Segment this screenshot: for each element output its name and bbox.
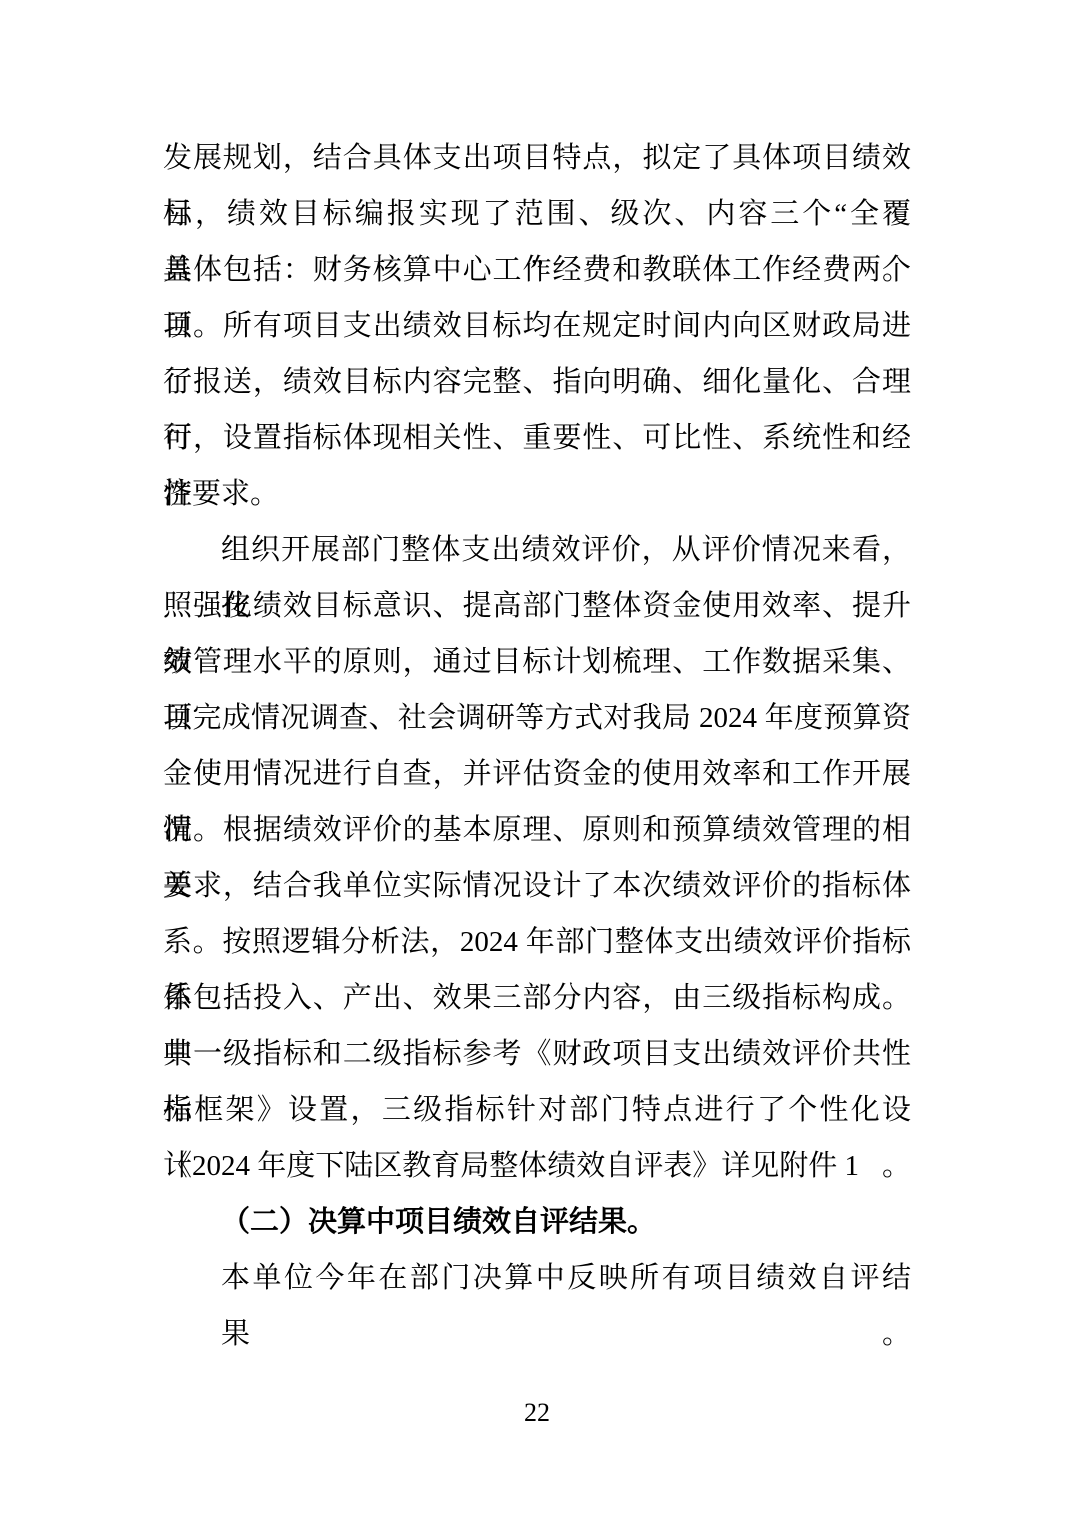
- text-line: 行，设置指标体现相关性、重要性、可比性、系统性和经济: [163, 410, 911, 466]
- text-line: 标，绩效目标编报实现了范围、级次、内容三个“全覆盖”。: [163, 186, 911, 242]
- text-line: 发展规划，结合具体支出项目特点，拟定了具体项目绩效目: [163, 130, 911, 186]
- text-line: 了报送，绩效目标内容完整、指向明确、细化量化、合理可: [163, 354, 911, 410]
- text-line: 况。根据绩效评价的基本原理、原则和预算绩效管理的相关: [163, 802, 911, 858]
- document-page: 发展规划，结合具体支出项目特点，拟定了具体项目绩效目标，绩效目标编报实现了范围、…: [0, 0, 1074, 1520]
- text-line: 金使用情况进行自查，并评估资金的使用效率和工作开展情: [163, 746, 911, 802]
- section-heading: （二）决算中项目绩效自评结果。: [163, 1194, 911, 1250]
- text-line: 《2024 年度下陆区教育局整体绩效自评表》详见附件 1: [163, 1138, 911, 1194]
- text-line: 照强化绩效目标意识、提高部门整体资金使用效率、提升绩: [163, 578, 911, 634]
- text-line: 中一级指标和二级指标参考《财政项目支出绩效评价共性指: [163, 1026, 911, 1082]
- text-line: 标框架》设置，三级指标针对部门特点进行了个性化设计。: [163, 1082, 911, 1138]
- text-line: 目。所有项目支出绩效目标均在规定时间内向区财政局进行: [163, 298, 911, 354]
- text-line: 要求，结合我单位实际情况设计了本次绩效评价的指标体: [163, 858, 911, 914]
- text-line: 系包括投入、产出、效果三部分内容，由三级指标构成。其: [163, 970, 911, 1026]
- text-line: 效管理水平的原则，通过目标计划梳理、工作数据采集、项: [163, 634, 911, 690]
- page-number: 22: [0, 1396, 1074, 1430]
- text-line: 具体包括：财务核算中心工作经费和教联体工作经费两个项: [163, 242, 911, 298]
- document-body: 发展规划，结合具体支出项目特点，拟定了具体项目绩效目标，绩效目标编报实现了范围、…: [163, 130, 911, 1306]
- text-line: 性要求。: [163, 466, 911, 522]
- text-line: 组织开展部门整体支出绩效评价，从评价情况来看，按: [163, 522, 911, 578]
- text-line: 系。按照逻辑分析法，2024 年部门整体支出绩效评价指标体: [163, 914, 911, 970]
- text-line: 本单位今年在部门决算中反映所有项目绩效自评结果。: [163, 1250, 911, 1306]
- text-line: 目完成情况调查、社会调研等方式对我局 2024 年度预算资: [163, 690, 911, 746]
